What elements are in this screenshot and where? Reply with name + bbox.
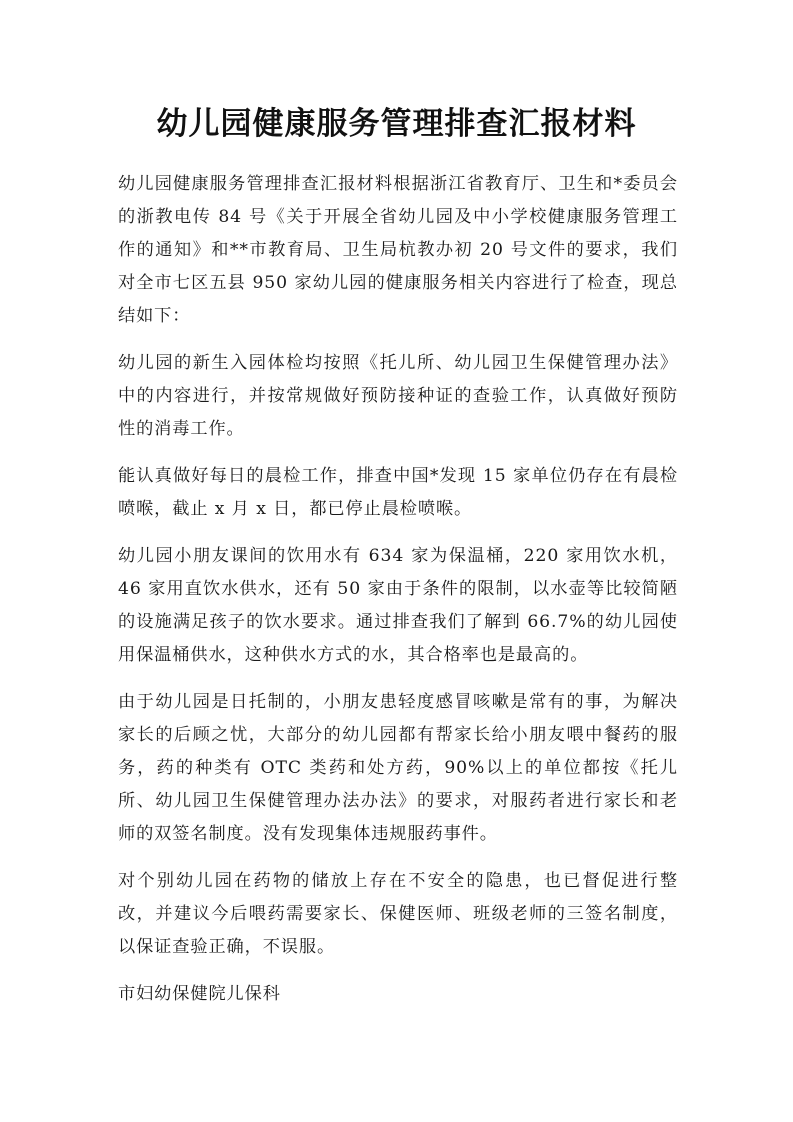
paragraph-morning-check: 能认真做好每日的晨检工作，排查中国*发现 15 家单位仍存在有晨检喷喉，截止 x…	[118, 460, 678, 526]
document-page: 幼儿园健康服务管理排查汇报材料 幼儿园健康服务管理排查汇报材料根据浙江省教育厅、…	[0, 0, 793, 1122]
paragraph-recommendation: 对个别幼儿园在药物的储放上存在不安全的隐患，也已督促进行整改，并建议今后喂药需要…	[118, 865, 678, 964]
paragraph-drinking-water: 幼儿园小朋友课间的饮用水有 634 家为保温桶，220 家用饮水机，46 家用直…	[118, 540, 678, 672]
signature: 市妇幼保健院儿保科	[118, 978, 678, 1011]
paragraph-health-check: 幼儿园的新生入园体检均按照《托儿所、幼儿园卫生保健管理办法》中的内容进行，并按常…	[118, 347, 678, 446]
document-title: 幼儿园健康服务管理排查汇报材料	[0, 98, 793, 143]
paragraph-intro: 幼儿园健康服务管理排查汇报材料根据浙江省教育厅、卫生和*委员会的浙教电传 84 …	[118, 168, 678, 333]
document-body: 幼儿园健康服务管理排查汇报材料根据浙江省教育厅、卫生和*委员会的浙教电传 84 …	[118, 168, 678, 1011]
paragraph-medication: 由于幼儿园是日托制的，小朋友患轻度感冒咳嗽是常有的事，为解决家长的后顾之忧，大部…	[118, 686, 678, 851]
